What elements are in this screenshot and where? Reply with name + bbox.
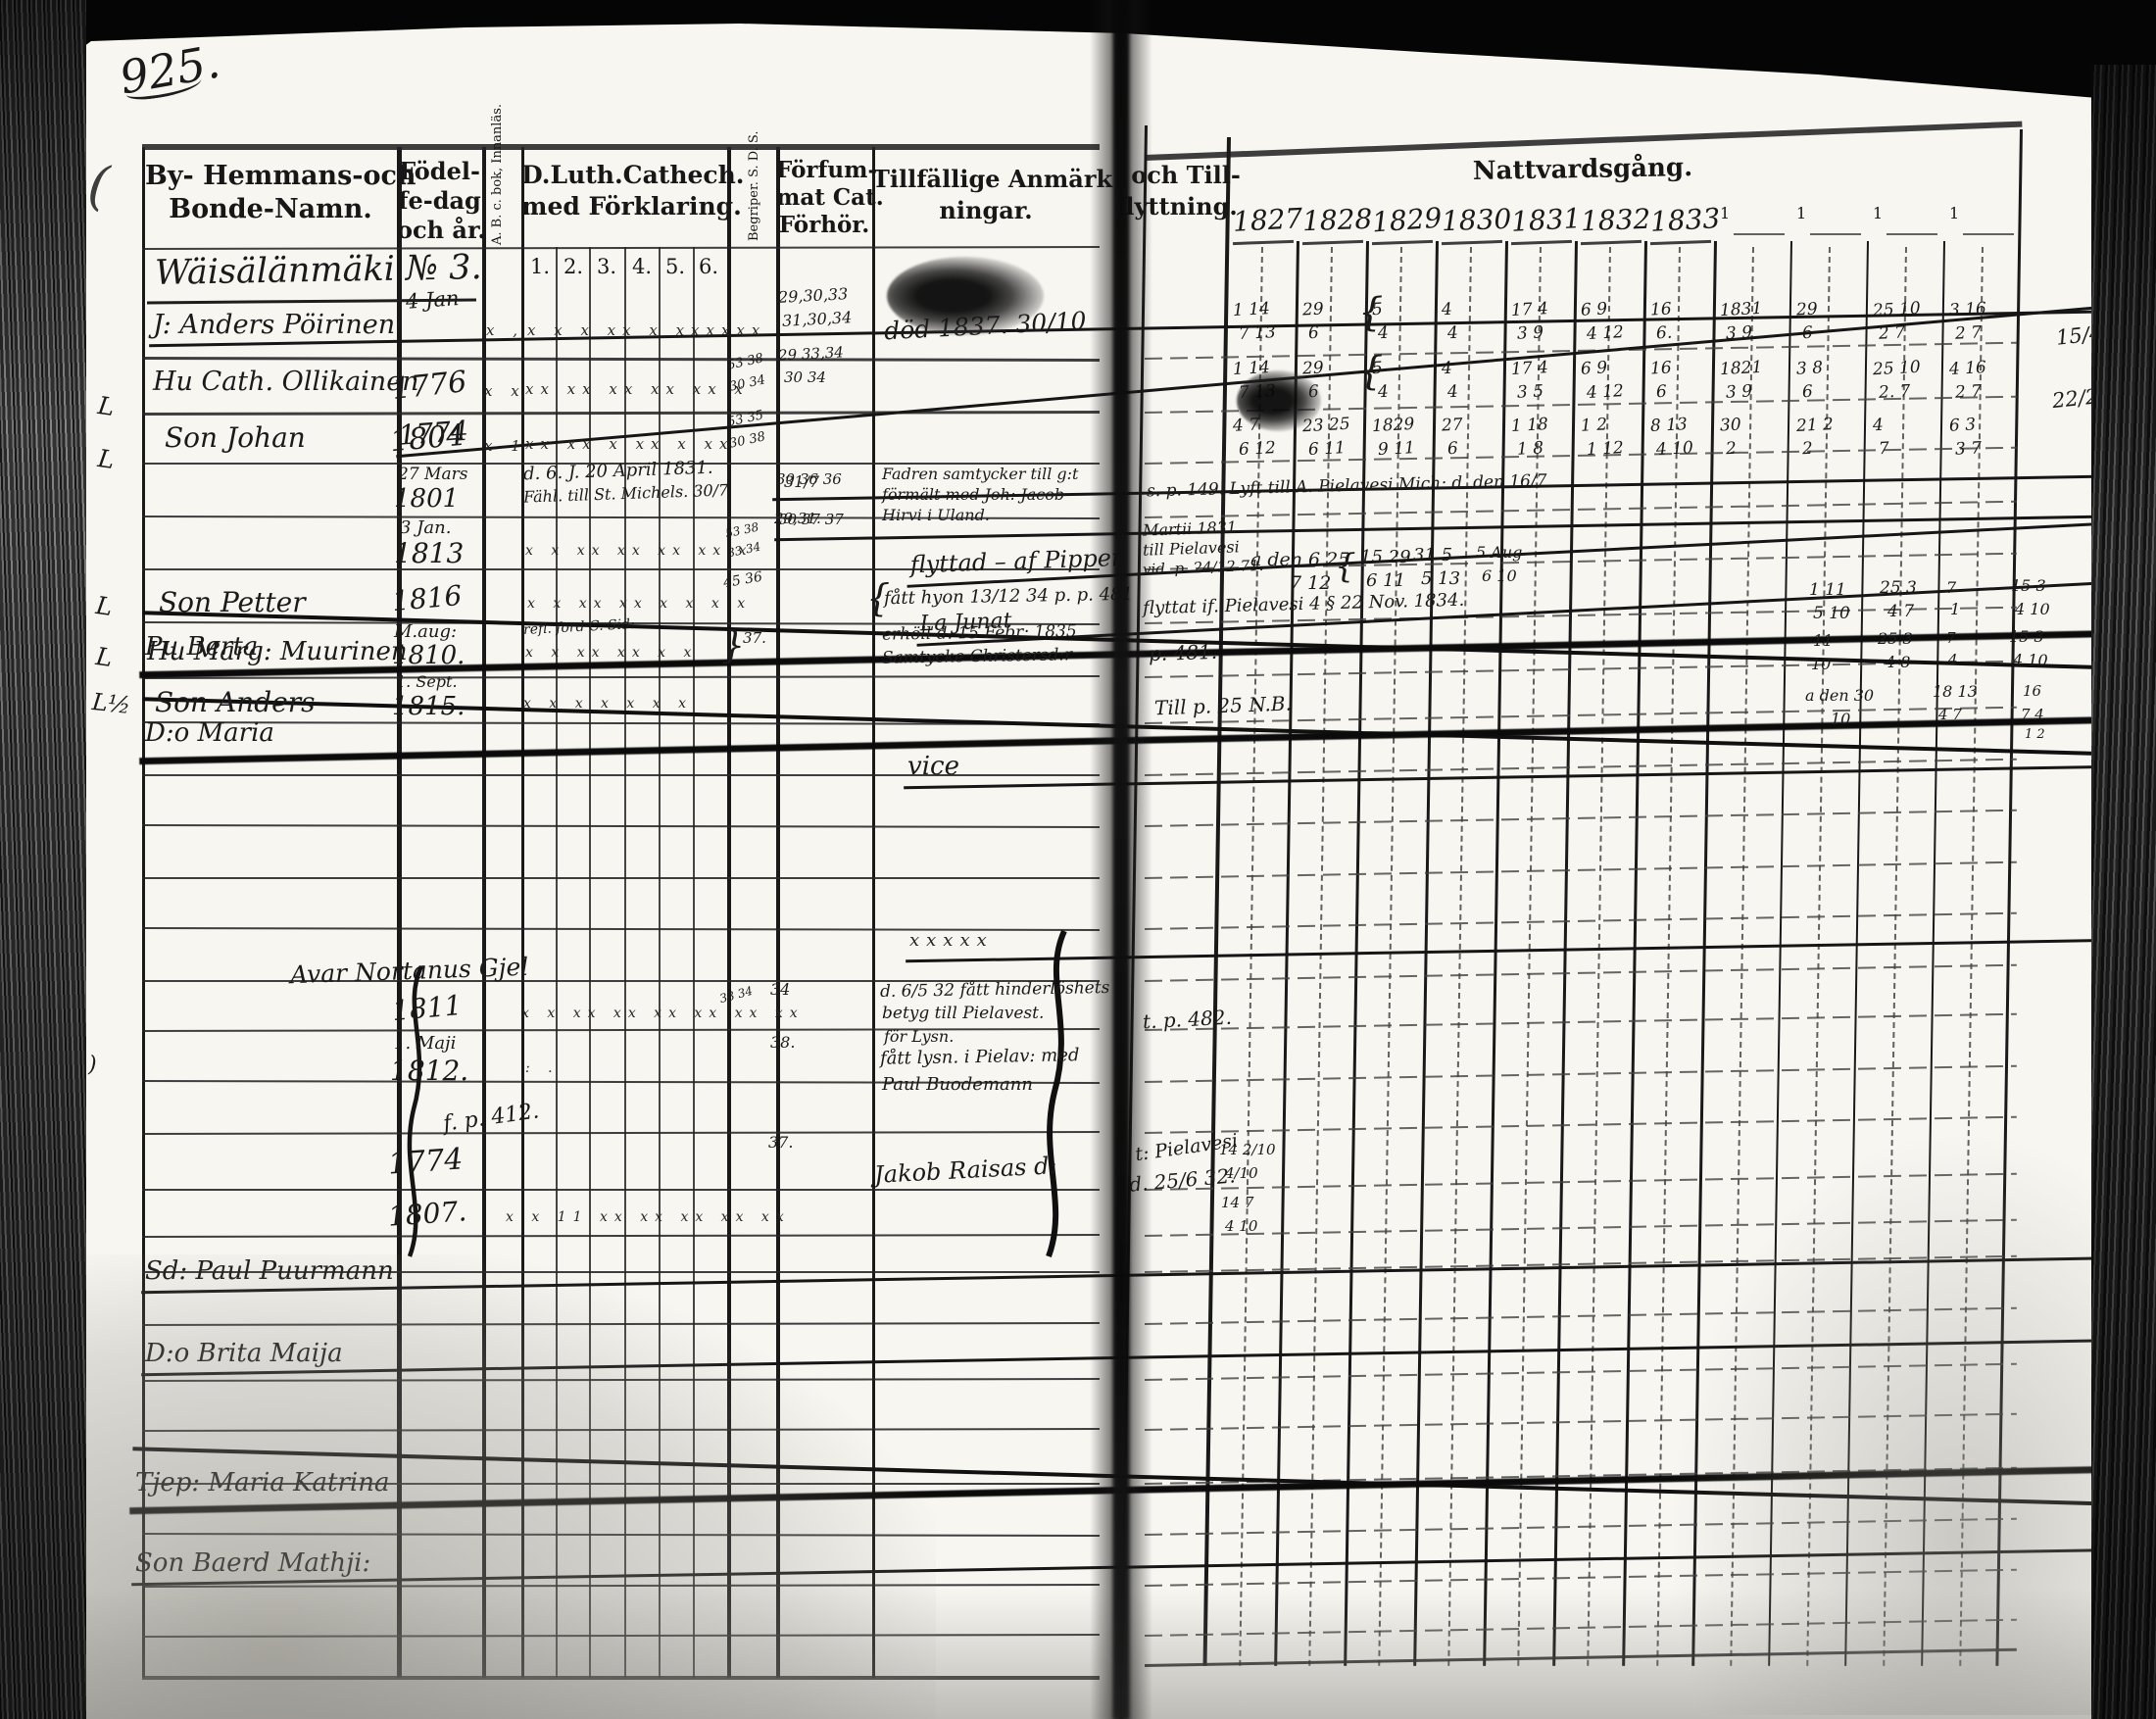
ink-blot	[887, 257, 1044, 335]
abc-marks: x 1	[484, 437, 527, 455]
catechism-marks: x x xx xx x x	[525, 645, 698, 661]
communion-year-label: 1	[1949, 204, 1959, 222]
margin-date-note: 7 4	[2021, 706, 2044, 723]
communion-entry: 1 2	[1580, 415, 1607, 435]
birth-year: 1774	[387, 1142, 465, 1181]
communion-year-label: 1831	[1510, 202, 1582, 238]
brace-mark: {	[1358, 290, 1383, 335]
communion-entry: 4 10	[1225, 1217, 1257, 1235]
year-underline	[1810, 233, 1861, 235]
margin-date-note: 15 3	[2009, 627, 2044, 646]
communion-entry: 6	[1801, 382, 1813, 403]
birth-day: 1. Maji	[394, 1033, 456, 1054]
book-spine-shadow	[1113, 0, 1129, 1719]
margin-date-note: 15 3	[2011, 576, 2046, 595]
communion-entry: a den 30	[1805, 686, 1874, 705]
removal-note: p. 481.	[1149, 640, 1218, 665]
communion-entry: 3 5	[1516, 381, 1543, 402]
communion-entry: 3 7	[1954, 438, 1982, 459]
birth-day: 27 Mars	[398, 465, 467, 484]
communion-year-label: 1833	[1649, 202, 1721, 238]
village-heading: Wäisälänmäki № 3.	[155, 248, 482, 293]
birth-year: 1815.	[392, 692, 465, 721]
col-header-catechism: D.Luth.Cathech.	[521, 161, 727, 189]
margin-check-mark: )	[88, 1053, 97, 1077]
communion-entry: 1 11	[1809, 580, 1846, 600]
book-edge-texture-left	[0, 0, 86, 1719]
year-underline	[1734, 233, 1785, 235]
communion-year-label: 1	[1720, 204, 1730, 222]
communion-entry: 30	[1719, 415, 1741, 435]
communion-entry: 15 29	[1360, 547, 1411, 567]
catechism-marks: x x xx xx xx xx x	[525, 543, 754, 559]
col-header-sds: Begriper. S. D. S.	[747, 55, 761, 241]
neglected-exam-note: 37.	[743, 629, 766, 647]
communion-entry: 4 8	[1886, 653, 1910, 671]
communion-entry: 4 7	[1887, 602, 1914, 621]
removal-note: Martii 1831	[1143, 517, 1238, 539]
remark-note: Fadren samtycker till g:t	[882, 465, 1078, 483]
neglected-exam-note: 34	[770, 980, 790, 999]
birth-year: 1813	[394, 537, 464, 569]
removal-note: till Pielavesi	[1143, 537, 1240, 559]
margin-date-note: 4 10	[2013, 651, 2048, 669]
col-header-catechism2: med Förklaring.	[521, 192, 727, 221]
neglected-exam-note: 31/7	[784, 472, 819, 491]
remark-note: Hirvi i Uland.	[882, 506, 990, 524]
scanned-parish-register: 925. ( By- Hemmans-och Bonde-Namn. Födel…	[0, 0, 2156, 1719]
neglected-exam-note: 29 33,34	[778, 343, 845, 364]
communion-entry: 18 13	[1933, 682, 1978, 701]
col-header-name2: Bonde-Namn.	[145, 194, 396, 224]
birth-year: 1812.	[390, 1055, 468, 1087]
communion-entry: 1 18	[1511, 415, 1549, 436]
remark-note: Paul Buodemann	[882, 1074, 1033, 1095]
communion-year-label: 1	[1873, 204, 1883, 222]
neglected-exam-note: 31,30,34	[782, 308, 853, 330]
margin-date-note: 4 10	[2015, 600, 2050, 618]
communion-entry: 25 10	[1873, 358, 1922, 380]
communion-entry: 6 3	[1948, 415, 1976, 435]
catechism-marks: x x x x x x x	[523, 696, 693, 712]
birth-day: M.aug:	[394, 621, 457, 642]
communion-entry: 4	[1948, 651, 1958, 668]
communion-entry: 1 8	[1516, 438, 1543, 459]
communion-entry: 6 11	[1308, 438, 1347, 460]
cat-subcol-3: 3.	[590, 255, 623, 278]
communion-entry: 21 2	[1796, 415, 1835, 436]
ink-blot	[1237, 370, 1321, 431]
remark-note: erhöll d. 15 Febr: 1835	[882, 621, 1077, 644]
person-name: Hu Marg: Muurinen	[147, 637, 408, 666]
communion-entry: 5 13	[1421, 568, 1460, 589]
col-header-name: By- Hemmans-och	[145, 161, 396, 191]
communion-entry: 4 16	[1949, 358, 1987, 379]
margin-date-note: 16	[2023, 682, 2041, 700]
year-underline	[1886, 233, 1937, 235]
communion-entry: 14 2/10	[1219, 1141, 1276, 1158]
communion-year-label: 1830	[1441, 203, 1511, 237]
birth-day: 3 Jan.	[400, 517, 451, 538]
margin-check-mark: L	[96, 444, 116, 474]
communion-entry: 3 8	[1795, 358, 1823, 378]
communion-entry: 2 7	[1954, 381, 1982, 402]
book-edge-texture-right	[2091, 65, 2156, 1719]
col-header-birth3: och år.	[397, 216, 482, 244]
communion-entry: 25 3	[1878, 629, 1913, 648]
communion-entry: 2	[1801, 439, 1813, 460]
catechism-marks: x x xx xx x x x x	[527, 596, 752, 612]
communion-entry: 6	[1446, 439, 1458, 460]
margin-date-note: 1 2	[2025, 727, 2045, 742]
communion-entry: 9 11	[1378, 438, 1416, 460]
col-header-communion: Nattvardsgång.	[1411, 152, 1754, 187]
communion-entry: 6 10	[1482, 566, 1517, 585]
person-name: Hu Cath. Ollikainen	[153, 367, 419, 397]
margin-check-mark: L	[96, 391, 116, 421]
remark-note: fått lysn. i Pielav: med	[880, 1045, 1080, 1069]
col-header-forsummat2: mat Cat.	[776, 184, 872, 211]
catechism-marks: xx xx xx xx xx x	[525, 380, 750, 398]
grid-line	[142, 877, 1100, 879]
communion-entry: 1829	[1372, 415, 1415, 436]
person-name: Son Johan	[165, 421, 306, 454]
catechism-marks: x x xx xx xx xx xx xx	[521, 1006, 805, 1021]
birth-year: 1810.	[392, 641, 465, 670]
communion-entry: 4 7	[1938, 706, 1962, 723]
communion-year-label: 1	[1796, 204, 1806, 222]
remark-note: förmält med Joh: Jacob	[882, 485, 1064, 504]
grid-line	[142, 1189, 1100, 1191]
communion-year-label: 1827	[1232, 202, 1303, 238]
communion-entry: 1821	[1720, 358, 1763, 379]
communion-entry: 4/10	[1225, 1164, 1258, 1182]
communion-entry: 7	[1946, 578, 1956, 597]
col-header-birth2: fe-dag	[397, 186, 482, 215]
communion-entry: 1	[1950, 600, 1960, 618]
cat-subcol-4: 4.	[625, 255, 659, 278]
communion-entry: 7	[1878, 439, 1889, 460]
communion-entry: 14 7	[1221, 1194, 1253, 1211]
margin-check-mark: L½	[91, 688, 132, 719]
communion-entry: 2. 7	[1878, 381, 1910, 403]
communion-entry: 2	[1725, 439, 1737, 460]
communion-entry: 6	[1655, 382, 1667, 403]
communion-entry: 10	[1811, 655, 1831, 673]
removal-note: t. p. 482.	[1142, 1006, 1232, 1034]
communion-entry: 10	[1831, 710, 1850, 728]
birth-year: 1811	[391, 989, 464, 1027]
cat-subcol-6: 6.	[692, 255, 725, 278]
birth-year: 1816	[391, 579, 464, 617]
catechism-marks: x x 11 xx xx xx xx xx	[506, 1209, 791, 1225]
neglected-exam-note: 38.	[770, 1033, 795, 1052]
brace-mark: }	[721, 623, 745, 666]
communion-entry: 4 10	[1656, 438, 1694, 460]
communion-entry: 27	[1441, 415, 1463, 435]
neglected-exam-note: 37.	[768, 1133, 793, 1152]
communion-entry: 8 13	[1650, 415, 1689, 436]
birth-year: 1801	[394, 484, 459, 514]
remark-note: Samtycke Christersd:r	[882, 645, 1073, 667]
communion-year-label: 1828	[1301, 203, 1372, 237]
communion-year-label: 1829	[1371, 202, 1443, 239]
person-name: Son Anders	[155, 686, 315, 718]
birth-day: 1. Sept.	[396, 672, 458, 691]
communion-entry: 6 12	[1239, 438, 1277, 460]
communion-year-label: 1832	[1580, 203, 1650, 237]
abc-marks: x x	[484, 382, 526, 400]
margin-check-mark: L	[94, 591, 114, 621]
communion-entry: 11	[1813, 631, 1833, 650]
communion-entry: 5 Aug	[1476, 543, 1522, 562]
year-underline	[1963, 233, 2014, 235]
margin-check-mark: L	[94, 642, 114, 672]
neglected-exam-note: 30 34	[784, 368, 826, 386]
cat-subcol-2: 2.	[557, 255, 590, 278]
col-header-forsummat3: Förhör.	[776, 212, 872, 238]
communion-entry: 4	[1872, 416, 1884, 436]
neglected-exam-note: 29,30,33	[778, 284, 849, 307]
catechism-marks: xx xx x xx x xx	[525, 435, 734, 453]
col-header-birth1: Födel-	[397, 157, 482, 185]
cat-subcol-5: 5.	[659, 255, 692, 278]
communion-entry: 3 9	[1725, 381, 1752, 402]
col-header-abc-reading: A. B. c. bok, Innanläs.	[490, 49, 505, 245]
removal-note: Till p. 25 N.B.	[1154, 692, 1293, 720]
page-shading	[54, 1588, 2097, 1719]
catechism-marks: x x x xx x xxxxxx	[527, 321, 766, 339]
col-header-remarks: Tillfällige Anmärk	[872, 165, 1100, 193]
communion-entry: 7	[1946, 629, 1956, 647]
remark-note: för Lysn.	[884, 1027, 954, 1046]
brace-mark: {	[1358, 349, 1383, 394]
abc-marks: x ,	[486, 321, 524, 339]
remark-note: d. 6/5 32 fått hinderlöshets	[880, 978, 1110, 1002]
neglected-exam-note: 29,31.	[774, 510, 821, 527]
birth-year: 1804	[389, 418, 466, 460]
col-header-forsummat1: Förfum-	[776, 157, 872, 183]
communion-entry: 1 12	[1587, 438, 1625, 460]
communion-entry: 4	[1446, 382, 1458, 403]
birth-day: 4 Jan	[405, 286, 460, 314]
communion-entry: 4 12	[1587, 381, 1625, 403]
cat-subcol-1: 1.	[523, 255, 557, 278]
communion-entry: 7 12	[1290, 572, 1331, 594]
brace-mark: {	[1335, 547, 1356, 586]
col-header-remarks2: ningar.	[872, 196, 1100, 224]
remark-note: betyg till Pielavest.	[882, 1004, 1044, 1023]
grid-line	[142, 144, 1100, 150]
communion-entry: 25 3	[1880, 578, 1917, 598]
communion-entry: 6 11	[1366, 570, 1405, 591]
catechism-marks: : .	[525, 1060, 560, 1076]
person-name: Son Petter	[159, 586, 306, 618]
communion-entry: 31 5	[1413, 545, 1452, 565]
communion-entry: 5 10	[1813, 604, 1850, 623]
birth-year: 1807.	[387, 1195, 467, 1233]
